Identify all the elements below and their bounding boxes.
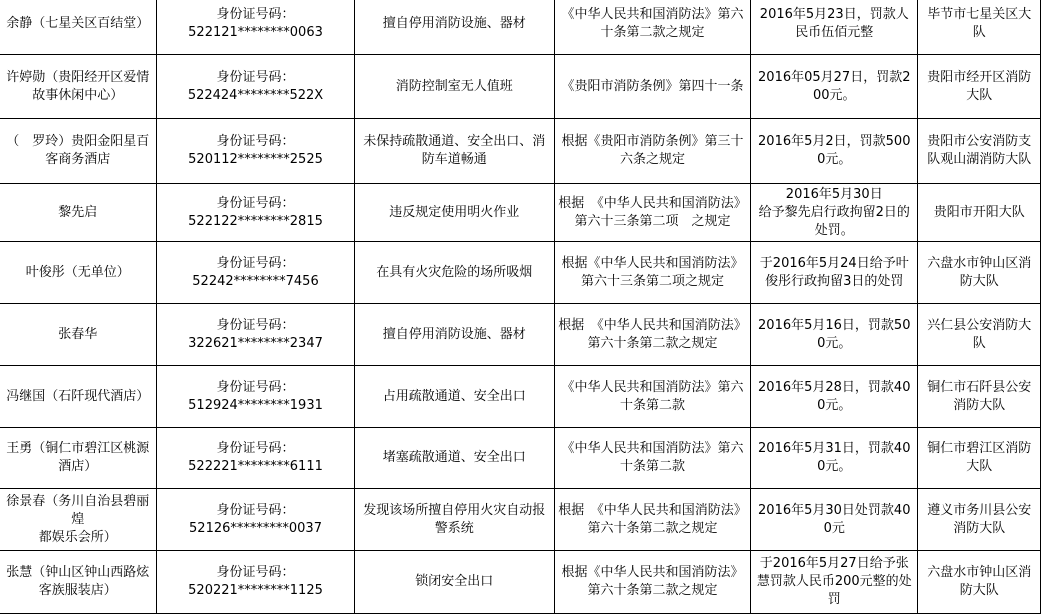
basis-cell: 根据 《中华人民共和国消防法》第六十三条第二项 之规定 <box>554 184 750 242</box>
penalty-cell: 2016年05月27日，罚款200元。 <box>751 55 918 119</box>
id-cell: 身份证号码：322621********2347 <box>157 304 354 366</box>
penalty-table: 余静（七星关区百结堂） 身份证号码：522121********0063 擅自停… <box>0 0 1041 614</box>
violation-cell: 未保持疏散通道、安全出口、消防车道畅通 <box>354 119 554 184</box>
basis-cell: 根据《中华人民共和国消防法》第六十三条第二项之规定 <box>554 242 750 304</box>
violation-cell: 占用疏散通道、安全出口 <box>354 366 554 428</box>
table-row: 王勇（铜仁市碧江区桃源酒店） 身份证号码：522221********6111 … <box>0 428 1041 489</box>
table-row: 冯继国（石阡现代酒店） 身份证号码：512924********1931 占用疏… <box>0 366 1041 428</box>
id-label: 身份证号码： <box>217 565 295 580</box>
violation-cell: 违反规定使用明火作业 <box>354 184 554 242</box>
party-cell: 王勇（铜仁市碧江区桃源酒店） <box>0 428 157 489</box>
penalty-cell: 2016年5月30日处罚款400元 <box>751 489 918 551</box>
authority-cell: 六盘水市钟山区消防大队 <box>918 551 1041 614</box>
id-cell: 身份证号码：522424********522X <box>157 55 354 119</box>
party-cell: 张慧（钟山区钟山西路炫客族服装店） <box>0 551 157 614</box>
party-cell: 余静（七星关区百结堂） <box>0 0 157 55</box>
penalty-cell: 2016年5月30日 给予黎先启行政拘留2日的处罚。 <box>751 184 918 242</box>
basis-cell: 根据《中华人民共和国消防法》第六十条第二款之规定 <box>554 551 750 614</box>
table-row: （ 罗玲）贵阳金阳星百客商务酒店 身份证号码：520112********252… <box>0 119 1041 184</box>
authority-cell: 铜仁市碧江区消防大队 <box>918 428 1041 489</box>
id-label: 身份证号码： <box>217 134 295 149</box>
authority-cell: 毕节市七星关区大队 <box>918 0 1041 55</box>
table-row: 叶俊彤（无单位） 身份证号码：52242********7456 在具有火灾危险… <box>0 242 1041 304</box>
id-number: 52242********7456 <box>192 274 318 289</box>
authority-cell: 贵阳市开阳大队 <box>918 184 1041 242</box>
id-number: 522424********522X <box>188 88 323 103</box>
id-cell: 身份证号码：52242********7456 <box>157 242 354 304</box>
party-cell: 冯继国（石阡现代酒店） <box>0 366 157 428</box>
violation-cell: 堵塞疏散通道、安全出口 <box>354 428 554 489</box>
basis-cell: 《中华人民共和国消防法》第六十条第二款之规定 <box>554 0 750 55</box>
id-number: 520221********1125 <box>188 583 323 598</box>
penalty-cell: 于2016年5月24日给予叶俊彤行政拘留3日的处罚 <box>751 242 918 304</box>
violation-cell: 擅自停用消防设施、器材 <box>354 0 554 55</box>
basis-cell: 《中华人民共和国消防法》第六十条第二款 <box>554 366 750 428</box>
table-row: 余静（七星关区百结堂） 身份证号码：522121********0063 擅自停… <box>0 0 1041 55</box>
violation-cell: 锁闭安全出口 <box>354 551 554 614</box>
id-number: 522121********0063 <box>188 25 323 40</box>
basis-cell: 《中华人民共和国消防法》第六十条第二款 <box>554 428 750 489</box>
party-cell: 许婷勋（贵阳经开区爱情故事休闲中心） <box>0 55 157 119</box>
table-row: 张慧（钟山区钟山西路炫客族服装店） 身份证号码：520221********11… <box>0 551 1041 614</box>
id-cell: 身份证号码：522122********2815 <box>157 184 354 242</box>
table-row: 张春华 身份证号码：322621********2347 擅自停用消防设施、器材… <box>0 304 1041 366</box>
party-cell: 叶俊彤（无单位） <box>0 242 157 304</box>
id-number: 520112********2525 <box>188 152 323 167</box>
party-cell: （ 罗玲）贵阳金阳星百客商务酒店 <box>0 119 157 184</box>
id-label: 身份证号码： <box>217 7 295 22</box>
violation-cell: 擅自停用消防设施、器材 <box>354 304 554 366</box>
authority-cell: 贵阳市经开区消防大队 <box>918 55 1041 119</box>
basis-cell: 《贵阳市消防条例》第四十一条 <box>554 55 750 119</box>
id-label: 身份证号码： <box>217 380 295 395</box>
authority-cell: 兴仁县公安消防大队 <box>918 304 1041 366</box>
table-row: 黎先启 身份证号码：522122********2815 违反规定使用明火作业 … <box>0 184 1041 242</box>
penalty-cell: 2016年5月2日，罚款5000元。 <box>751 119 918 184</box>
id-number: 512924********1931 <box>188 398 323 413</box>
id-number: 52126*********0037 <box>189 521 322 536</box>
id-number: 522122********2815 <box>188 214 323 229</box>
id-cell: 身份证号码：52126*********0037 <box>157 489 354 551</box>
party-cell: 徐景春（务川自治县碧丽煌 都娱乐会所） <box>0 489 157 551</box>
violation-cell: 发现该场所擅自停用火灾自动报警系统 <box>354 489 554 551</box>
penalty-cell: 2016年5月23日，罚款人民币伍佰元整 <box>751 0 918 55</box>
penalty-cell: 2016年5月28日，罚款400元。 <box>751 366 918 428</box>
violation-cell: 在具有火灾危险的场所吸烟 <box>354 242 554 304</box>
violation-cell: 消防控制室无人值班 <box>354 55 554 119</box>
id-cell: 身份证号码：522121********0063 <box>157 0 354 55</box>
authority-cell: 贵阳市公安消防支队观山湖消防大队 <box>918 119 1041 184</box>
penalty-cell: 2016年5月16日，罚款500元。 <box>751 304 918 366</box>
id-number: 522221********6111 <box>188 459 323 474</box>
id-cell: 身份证号码：520221********1125 <box>157 551 354 614</box>
table-row: 许婷勋（贵阳经开区爱情故事休闲中心） 身份证号码：522424********5… <box>0 55 1041 119</box>
id-cell: 身份证号码：512924********1931 <box>157 366 354 428</box>
id-label: 身份证号码： <box>217 70 295 85</box>
party-cell: 张春华 <box>0 304 157 366</box>
table-row: 徐景春（务川自治县碧丽煌 都娱乐会所） 身份证号码：52126*********… <box>0 489 1041 551</box>
penalty-cell: 2016年5月31日，罚款400元。 <box>751 428 918 489</box>
basis-cell: 根据 《中华人民共和国消防法》第六十条第二款之规定 <box>554 489 750 551</box>
authority-cell: 遵义市务川县公安消防大队 <box>918 489 1041 551</box>
id-label: 身份证号码： <box>217 256 295 271</box>
id-label: 身份证号码： <box>217 441 295 456</box>
id-number: 322621********2347 <box>188 336 323 351</box>
id-label: 身份证号码： <box>217 503 295 518</box>
id-label: 身份证号码： <box>217 318 295 333</box>
party-cell: 黎先启 <box>0 184 157 242</box>
authority-cell: 六盘水市钟山区消防大队 <box>918 242 1041 304</box>
id-cell: 身份证号码：522221********6111 <box>157 428 354 489</box>
id-cell: 身份证号码：520112********2525 <box>157 119 354 184</box>
penalty-cell: 于2016年5月27日给予张慧罚款人民币200元整的处罚 <box>751 551 918 614</box>
basis-cell: 根据 《中华人民共和国消防法》第六十条第二款之规定 <box>554 304 750 366</box>
basis-cell: 根据《贵阳市消防条例》第三十六条之规定 <box>554 119 750 184</box>
id-label: 身份证号码： <box>217 196 295 211</box>
authority-cell: 铜仁市石阡县公安消防大队 <box>918 366 1041 428</box>
